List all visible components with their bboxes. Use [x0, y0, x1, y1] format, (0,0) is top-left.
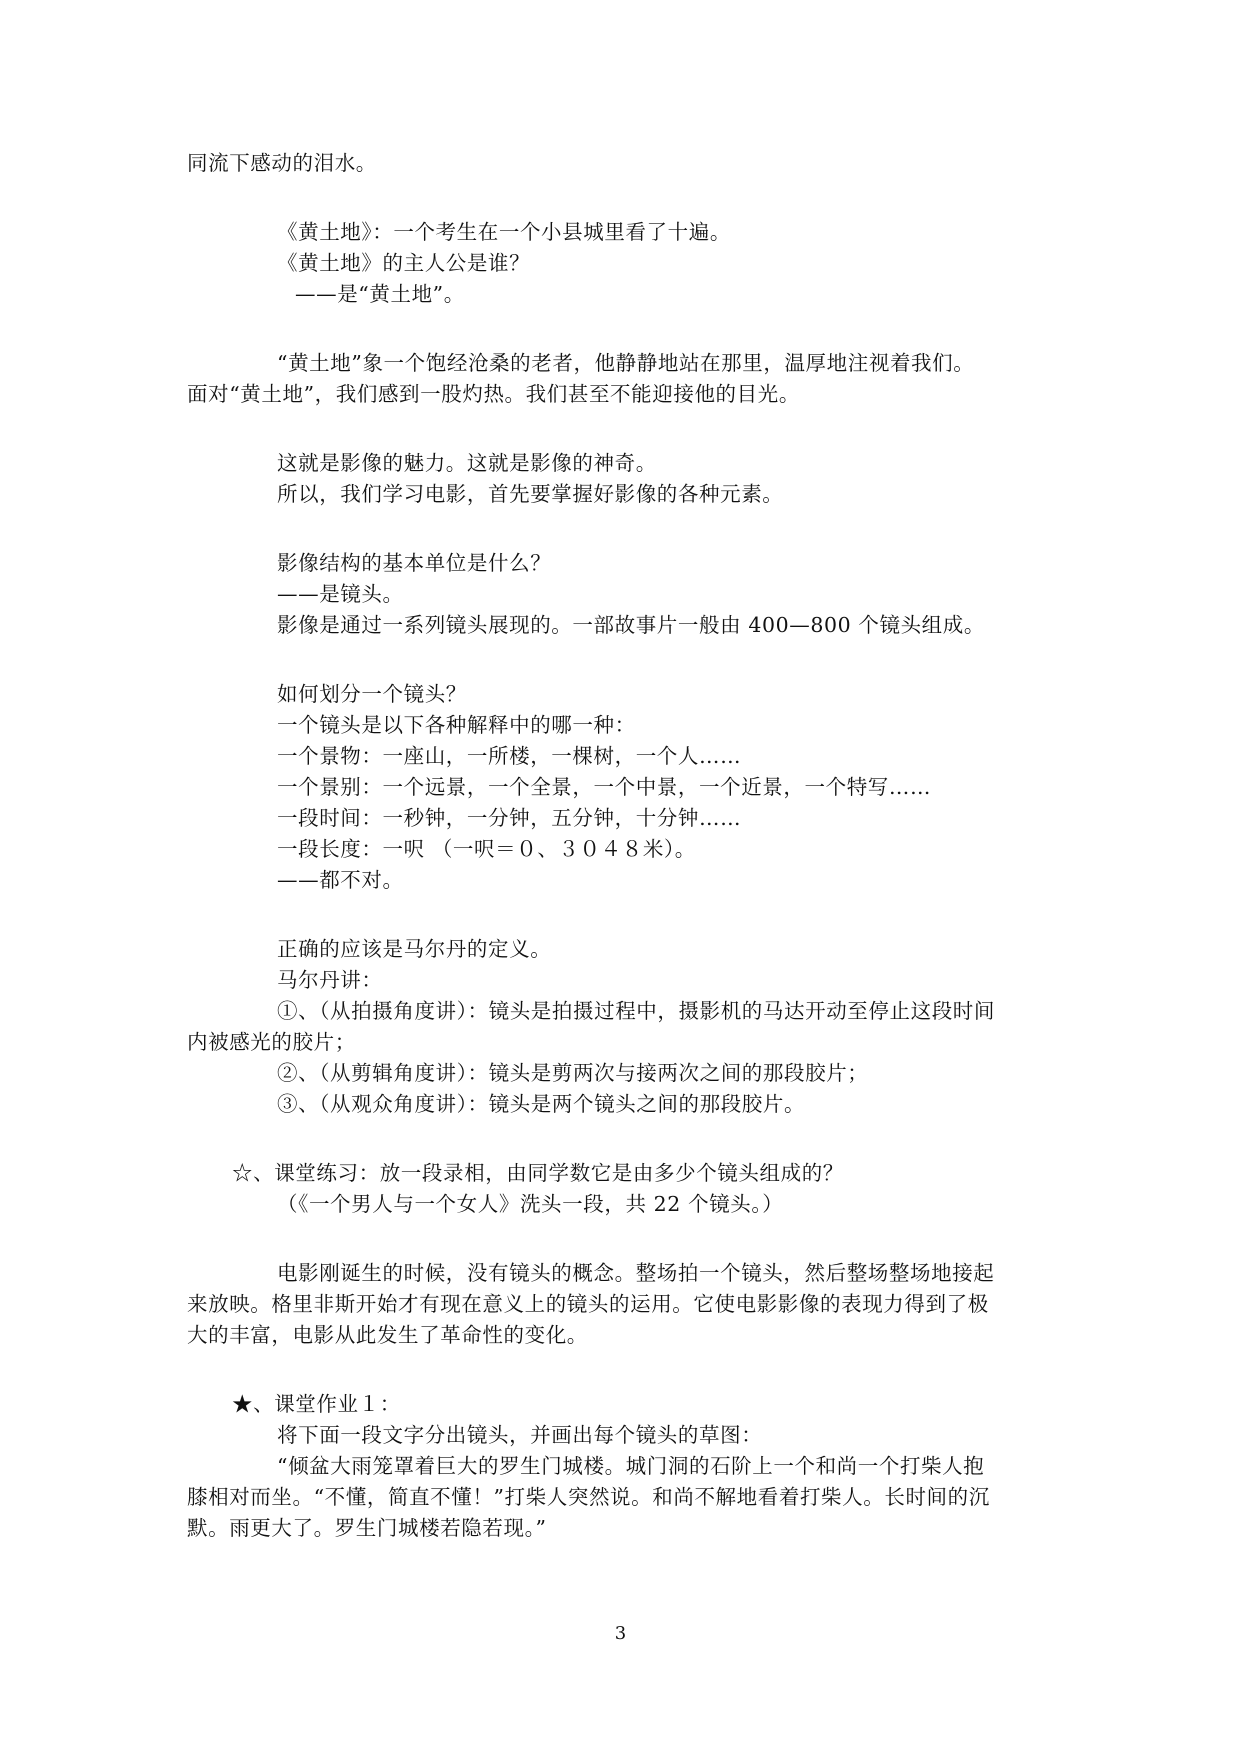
assignment-quote: 膝相对而坐。“不懂，简直不懂！”打柴人突然说。和尚不解地看着打柴人。长时间的沉: [187, 1482, 1053, 1512]
definition-line: ③、（从观众角度讲）：镜头是两个镜头之间的那段胶片。: [277, 1089, 1143, 1119]
paragraph-line: 一个镜头是以下各种解释中的哪一种：: [277, 710, 1143, 740]
assignment-quote: “倾盆大雨笼罩着巨大的罗生门城楼。城门洞的石阶上一个和尚一个打柴人抱: [277, 1451, 1143, 1481]
paragraph-line: “黄土地”象一个饱经沧桑的老者，他静静地站在那里，温厚地注视着我们。: [277, 348, 1143, 378]
paragraph-line: 这就是影像的魅力。这就是影像的神奇。: [277, 448, 1143, 478]
page-number: 3: [0, 1622, 1241, 1646]
assignment-quote: 默。雨更大了。罗生门城楼若隐若现。”: [187, 1513, 1053, 1543]
question-line: 《黄土地》的主人公是谁？: [277, 248, 1143, 278]
option-line: 一段长度：一呎 （一呎＝０、３０４８米）。: [277, 834, 1143, 864]
definition-line: ①、（从拍摄角度讲）：镜头是拍摄过程中，摄影机的马达开动至停止这段时间: [277, 996, 1143, 1026]
paragraph-line: 来放映。格里非斯开始才有现在意义上的镜头的运用。它使电影影像的表现力得到了极: [187, 1289, 1053, 1319]
paragraph-line: 面对“黄土地”，我们感到一股灼热。我们甚至不能迎接他的目光。: [187, 379, 1053, 409]
definition-line: 内被感光的胶片；: [187, 1027, 1053, 1057]
paragraph-line: 所以，我们学习电影，首先要掌握好影像的各种元素。: [277, 479, 1143, 509]
answer-line: ——都不对。: [277, 865, 1143, 895]
paragraph-line: 电影刚诞生的时候，没有镜头的概念。整场拍一个镜头，然后整场整场地接起: [277, 1258, 1143, 1288]
exercise-heading: ☆、课堂练习：放一段录相，由同学数它是由多少个镜头组成的？: [232, 1158, 1098, 1188]
option-line: 一个景别：一个远景，一个全景，一个中景，一个近景，一个特写……: [277, 772, 1143, 802]
question-line: 如何划分一个镜头？: [277, 679, 1143, 709]
paragraph-line: 大的丰富，电影从此发生了革命性的变化。: [187, 1320, 1053, 1350]
paragraph-line: 同流下感动的泪水。: [187, 148, 1053, 178]
option-line: 一个景物：一座山，一所楼，一棵树，一个人……: [277, 741, 1143, 771]
answer-line: ——是“黄土地”。: [295, 279, 1161, 309]
definition-line: ②、（从剪辑角度讲）：镜头是剪两次与接两次之间的那段胶片；: [277, 1058, 1143, 1088]
paragraph-line: 正确的应该是马尔丹的定义。: [277, 934, 1143, 964]
paragraph-line: 马尔丹讲：: [277, 965, 1143, 995]
question-line: 影像结构的基本单位是什么？: [277, 548, 1143, 578]
assignment-heading: ★、课堂作业１：: [232, 1389, 1098, 1419]
option-line: 一段时间：一秒钟，一分钟，五分钟，十分钟……: [277, 803, 1143, 833]
document-page: 同流下感动的泪水。 《黄土地》：一个考生在一个小县城里看了十遍。 《黄土地》的主…: [0, 0, 1241, 1754]
assignment-instruction: 将下面一段文字分出镜头，并画出每个镜头的草图：: [277, 1420, 1143, 1450]
answer-line: ——是镜头。: [277, 579, 1143, 609]
paragraph-line: 影像是通过一系列镜头展现的。一部故事片一般由 400—800 个镜头组成。: [277, 610, 1143, 640]
paragraph-line: 《黄土地》：一个考生在一个小县城里看了十遍。: [277, 217, 1143, 247]
exercise-note: （《一个男人与一个女人》洗头一段，共 22 个镜头。）: [277, 1189, 1143, 1219]
